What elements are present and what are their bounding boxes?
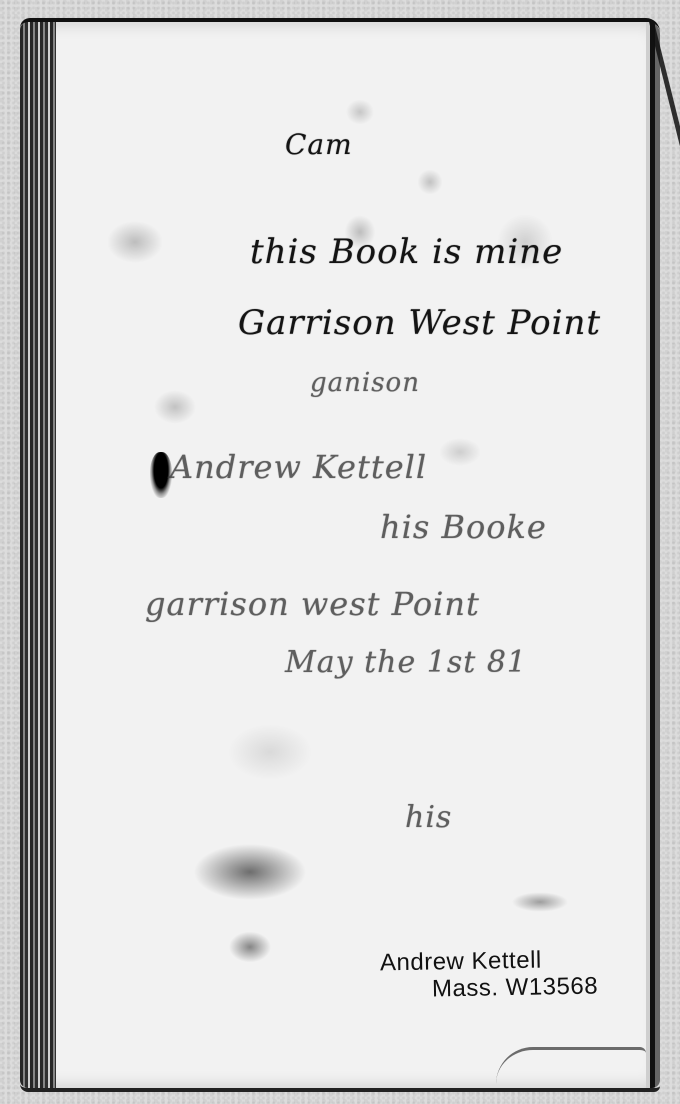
inscription-line-2: this Book is mine: [250, 232, 563, 272]
inscription-line-5: Andrew Kettell: [170, 448, 427, 486]
book-spine: [20, 22, 56, 1088]
ink-blot: [150, 452, 172, 498]
inscription-line-3: Garrison West Point: [238, 303, 601, 343]
archival-annotation-name: Andrew Kettell: [380, 947, 542, 978]
inscription-line-4: ganison: [310, 368, 420, 398]
bottom-torn-flap: [496, 1047, 646, 1084]
book-inside-cover: [20, 18, 660, 1092]
inscription-line-6: his Booke: [380, 508, 547, 546]
inscription-line-9: his: [405, 800, 452, 835]
archival-annotation-id: Mass. W13568: [432, 973, 599, 1004]
inscription-line-8: May the 1st 81: [285, 645, 527, 680]
inscription-line-1: Cam: [285, 128, 353, 161]
inscription-line-7: garrison west Point: [145, 585, 480, 623]
